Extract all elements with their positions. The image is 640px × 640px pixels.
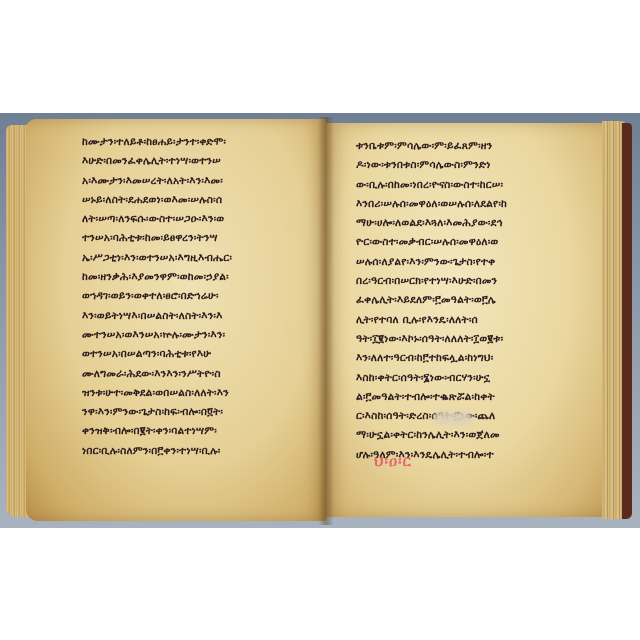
text-line: ወተንሠአ፡በሠልጣን፡ባሕቲቱ፡የእሁ: [82, 345, 322, 364]
text-line: ከመ፡ዘንቃሕ፡እያመንዋም፡ወከመ፡ኃያል፡: [82, 268, 322, 287]
text-line: እን፡ለለተ፡ዓርብ፡ከ፫ተከፍሏል፡ከነግህ፡: [356, 349, 596, 368]
text-line: ዶ፡ነው፡ቱንበቱስ፡ምሳሌውስ፡ምንድነ: [356, 156, 596, 175]
text-line: ቱንቤቱም፡ምሳሌው፡ም፡ይፈጸም፡ዘን: [356, 137, 596, 156]
text-line: ኤ፡ሥጋቲነ፡እን፡ወተንሠአ፡እግዚእብሔር፡: [82, 249, 322, 268]
leather-cover-edge: [622, 123, 632, 519]
left-page-text: ከሙታን፡ተለይቶ፡ከፀሐይ፡ታንተ፡ቀድሞ፡ እሁድ፡በመንፈቀሌሊት፡ተነሣ…: [82, 133, 322, 461]
text-line: አ፡እሙታን፡እመሠረት፡ለአት፡እን፡እመ፡: [82, 172, 322, 191]
text-line: ለት፡ሠጣ፡ለንፍሱ፡ውስተ፡ሠጋዑ፡እን፡ወ: [82, 210, 322, 229]
right-page-text: ቱንቤቱም፡ምሳሌው፡ም፡ይፈጸም፡ዘን ዶ፡ነው፡ቱንበቱስ፡ምሳሌውስ፡ምን…: [356, 137, 596, 465]
text-line: ል፡፫መዓልት፡ተብሎ፡ተቈጽሯል፡ከቀት: [356, 388, 596, 407]
text-line: ሊት፡የተባለ ቢሉ፡የእንዴ፡ለለት፡ሰ: [356, 311, 596, 330]
text-line: ማ፡ሁኗል፡ቀትር፡ከንሌሊት፡እን፡ወጀለመ: [356, 426, 596, 445]
text-line: በረ፡ዓርብ፡በሠርክ፡የተነሣ፡እሁድ፡በመን: [356, 272, 596, 291]
open-book: ከሙታን፡ተለይቶ፡ከፀሐይ፡ታንተ፡ቀድሞ፡ እሁድ፡በመንፈቀሌሊት፡ተነሣ…: [6, 117, 634, 525]
text-line: ሙለግመራ፡ሕደው፡እንእን፡ንሥትዮ፡ስ: [82, 365, 322, 384]
text-line: ዓት፡፲፪ነው፡እኮኑ፡ሰዓት፡ለለለት፡፲ወ፪ቱ፡: [356, 330, 596, 349]
text-line: ሠሉሰ፡ለያልየ፡እን፡ምንው፡ጌታስ፡የተቀ: [356, 253, 596, 272]
text-line: እስከ፡ቀትር፡ሰዓት፡፮ነው፡ብርሃን፡ሁኗ: [356, 369, 596, 388]
text-line: ፈቀሌሊት፡እይደለም፡፫መዓልት፡ወ፫ሌ: [356, 291, 596, 310]
text-line: ዮር፡ውስተ፡መቃብር፡ሠሉሰ፡መዋዕለ፡ወ: [356, 233, 596, 252]
red-ink-stamp: ህ፡ዐ፡ር: [374, 452, 412, 470]
text-line: እሁድ፡በመንፈቀሌሊት፡ተነሣ፡ወተንሠ: [82, 152, 322, 171]
erasure-smudge: [434, 411, 472, 425]
text-line: ሠኑይ፡ለስት፡ደሐደወነ፡ወእመ፡ሠሉስ፡ሰ: [82, 191, 322, 210]
text-line: እንበሪ፡ሠሉሰ፡መዋዕለ፡ወሠሉሰ፡ለደልየ፡ከ: [356, 195, 596, 214]
manuscript-photo: ከሙታን፡ተለይቶ፡ከፀሐይ፡ታንተ፡ቀድሞ፡ እሁድ፡በመንፈቀሌሊት፡ተነሣ…: [0, 113, 640, 528]
text-line: እን፡ወይትነሣእ፡በሠልስት፡ለስት፡እን፡እ: [82, 307, 322, 326]
text-line: ዝንቱ፡ሁተ፡መቅደል፡ወበሠልስ፡ለለት፡እን: [82, 384, 322, 403]
text-line: ሙተንሠአ፡ወእንሠአ፡ኵሉ፡ሙታን፡እን፡: [82, 326, 322, 345]
text-line: ከሙታን፡ተለይቶ፡ከፀሐይ፡ታንተ፡ቀድሞ፡: [82, 133, 322, 152]
text-line: ተንሠአ፡ባሕቲቱ፡ከመ፡ይፀዋረን፡ትንሣ: [82, 229, 322, 248]
text-line: ማሁ፡ሀሎ፡ለወልደ፡እጓለ፡እመሕያው፡ደኅ: [356, 214, 596, 233]
text-line: ንዋ፡እን፡ምንው፡ጌታስ፡ከፍ፡ብሎ፡በ፬ት፡: [82, 403, 322, 422]
text-line: ቀንዝቅ፡ብሎ፡በ፪ት፡ቀን፡ባልተነሣም፡: [82, 422, 322, 441]
text-line: ው፡ቢሉ፡በከመ፡ነበረ፡ዮናስ፡ውስተ፡ከርሠ፡: [356, 176, 596, 195]
text-line: ወኀዳገ፡ወይን፡ወቀተለ፡ፀሮ፡በድኀሬሁ፡: [82, 287, 322, 306]
text-line: ነበር፡ቢሉ፡ስለምን፡በ፫ቀን፡ተነሣ፡ቢሉ፡: [82, 442, 322, 461]
text-line: ር፡እስከ፡ሰዓት፡ድረስ፡ሰዓት፡፫ነው፡ጨለ: [356, 407, 596, 426]
